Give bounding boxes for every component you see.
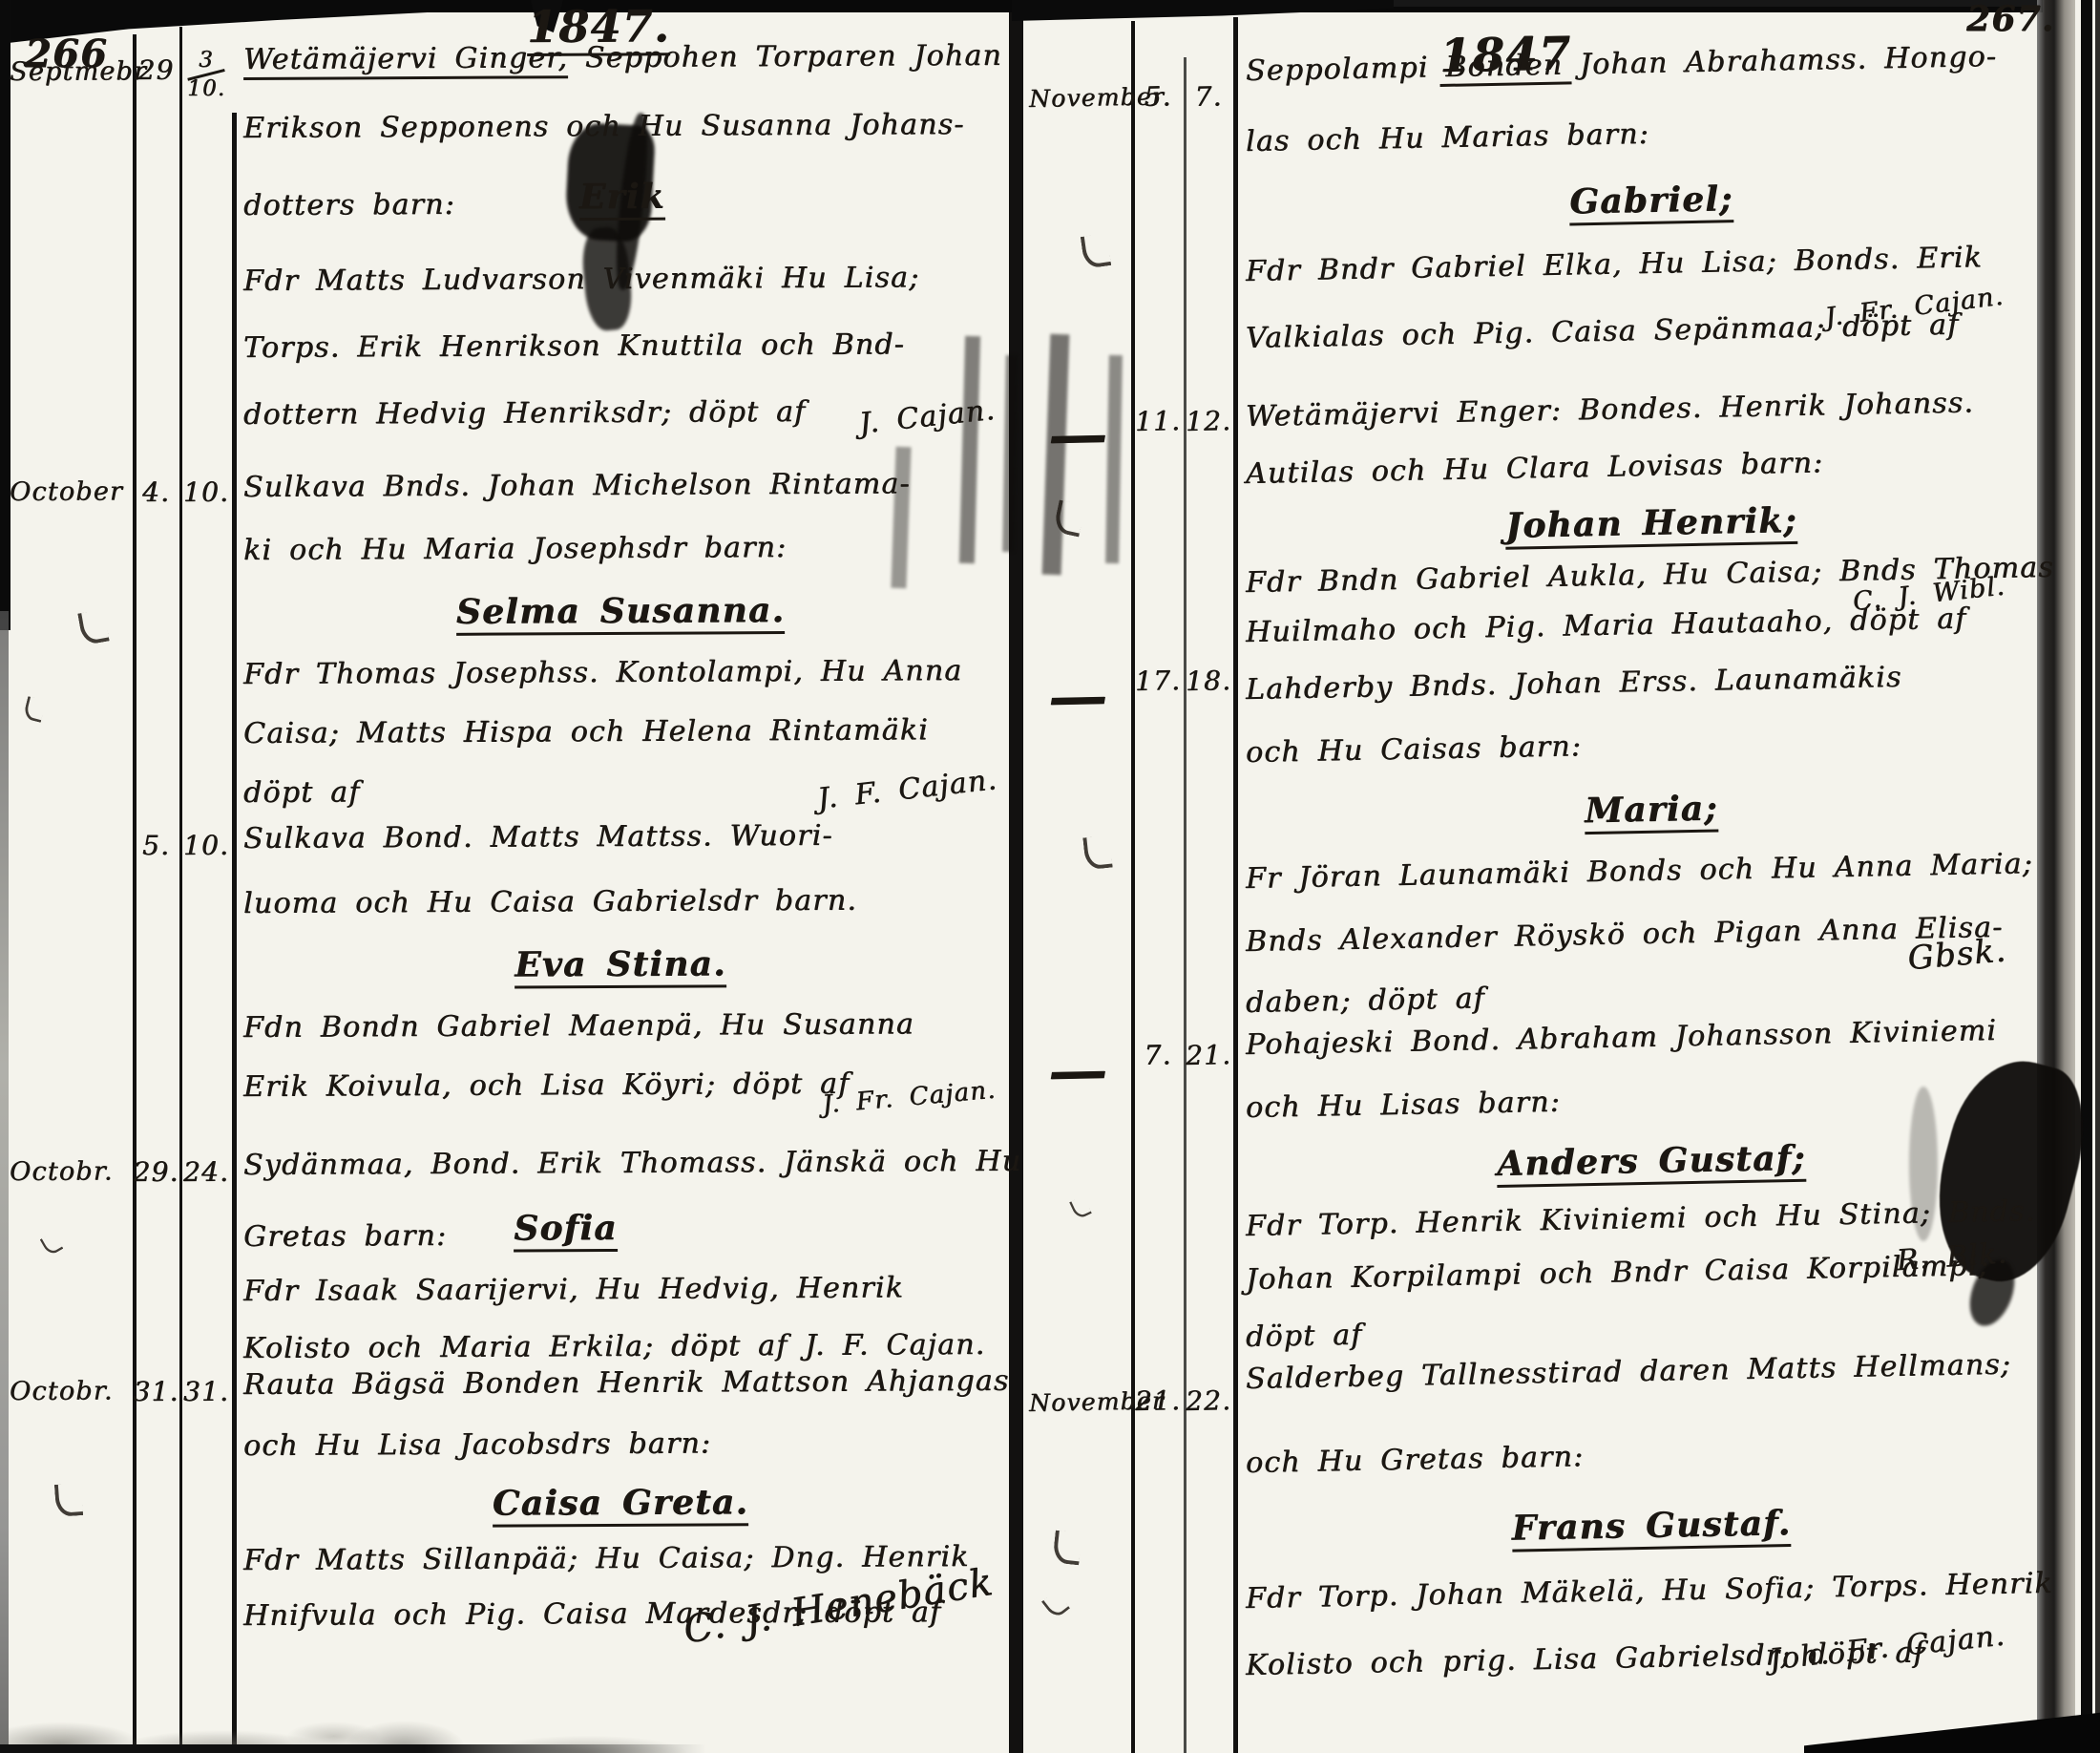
record-line: döpt af J. F. Cajan. (243, 773, 997, 811)
record-line: döpt af (1246, 1320, 1363, 1355)
record-line: Autilas och Hu Clara Lovisas barn: (1246, 447, 1824, 491)
entry-day: 5. (133, 831, 179, 861)
record-line: Seppolampi Bonden Johan Abrahamss. Hongo… (1246, 41, 1998, 89)
scan-edge-right-outer (2095, 0, 2100, 1753)
entry-day2: 18. (1186, 665, 1232, 697)
margin-tick (1041, 1591, 1070, 1620)
entry-day: 11. (1134, 406, 1183, 437)
child-name: Sofia (514, 1209, 618, 1253)
record-line: Fdr Thomas Josephss. Kontolampi, Hu Anna (243, 655, 962, 691)
record-line: och Hu Lisas barn: (1246, 1087, 1562, 1126)
entry-day2: 24. (181, 1157, 231, 1188)
scan-edge-left (0, 0, 10, 630)
column-rule (179, 27, 182, 1753)
entry-day: 31. (133, 1377, 179, 1407)
scan-edge-right-band (2037, 0, 2075, 1753)
record-line: och Hu Gretas barn: (1246, 1441, 1585, 1480)
margin-tick (1082, 835, 1112, 871)
child-name: Selma Susanna. (456, 590, 786, 636)
record-line: Salderbeg Tallnesstirad daren Matts Hell… (1246, 1349, 2012, 1397)
margin-tick (54, 1483, 83, 1517)
record-line: luoma och Hu Caisa Gabrielsdr barn. (243, 885, 857, 921)
record-line: Caisa; Matts Hispa och Helena Rintamäki (243, 714, 929, 750)
margin-tick (1081, 233, 1111, 269)
ditto-mark: — (1048, 1055, 1104, 1086)
child-name: Eva Stina. (514, 943, 726, 988)
scan-edge-top-thin (1394, 0, 2043, 7)
margin-tick (23, 696, 47, 723)
entry-baptism-date-fraction: 310. (187, 42, 226, 100)
entry-day: 5. (1134, 81, 1183, 113)
entry-day: 4. (133, 477, 179, 508)
column-rule (1131, 21, 1135, 1753)
ditto-mark: — (1048, 681, 1104, 711)
record-line: Fdn Bondn Gabriel Maenpä, Hu Susanna (243, 1008, 914, 1045)
record-line: Fdr Isaak Saarijervi, Hu Hedvig, Henrik (243, 1272, 904, 1308)
scan-edge-left-lower (0, 611, 9, 1753)
entry-day: 7. (1134, 1040, 1183, 1071)
record-line: Johan Henrik; (1246, 496, 2058, 552)
child-name: Erik (579, 178, 665, 222)
record-line: Torps. Erik Henrikson Knuttila och Bnd- (243, 328, 905, 365)
record-line: las och Hu Marias barn: (1246, 118, 1650, 159)
record-line: Fdr Torp. Johan Mäkelä, Hu Sofia; Torps.… (1246, 1568, 2053, 1616)
ink-drip (959, 336, 980, 563)
entry-day2: 10. (181, 477, 231, 508)
record-line: Selma Susanna. (243, 590, 997, 634)
record-line: dotters barn: Erik (243, 178, 665, 223)
gutter-line (1009, 0, 1023, 1753)
column-rule (133, 34, 136, 1753)
entry-day: 29 (133, 55, 179, 86)
entry-day: 17. (1134, 665, 1183, 697)
page-number-right: 267. (1966, 0, 2054, 39)
record-line: ki och Hu Maria Josephsdr barn: (243, 532, 787, 567)
column-rule (1233, 17, 1238, 1753)
entry-day2: 12. (1186, 406, 1232, 437)
record-line: Eva Stina. (243, 943, 997, 987)
entry-day2: 22. (1186, 1385, 1232, 1417)
record-line: Wetämäjervi Enger: Bondes. Henrik Johans… (1246, 387, 1975, 433)
record-line: Fr Jöran Launamäki Bonds och Hu Anna Mar… (1246, 848, 2034, 896)
record-line: Rauta Bägsä Bonden Henrik Mattson Ahjang… (243, 1365, 1010, 1403)
record-line: och Hu Caisas barn: (1246, 730, 1583, 770)
scanned-register-spread: 266 1847. Septmebr 29 310. Wetämäjervi G… (0, 0, 2100, 1753)
child-name: Frans Gustaf. (1511, 1503, 1792, 1552)
child-name: Gabriel; (1569, 179, 1733, 225)
entry-day: 21. (1134, 1385, 1183, 1417)
record-line: Fdr Bndr Gabriel Elka, Hu Lisa; Bonds. E… (1246, 242, 1984, 288)
record-line: Wetämäjervi Ginger, Seppohen Torparen Jo… (243, 40, 1002, 77)
record-line: Sulkava Bond. Matts Mattss. Wuori- (243, 820, 833, 856)
entry-month: Septmebr (10, 56, 147, 87)
entry-month: October (10, 476, 123, 507)
record-line: Erikson Sepponens och Hu Susanna Johans- (243, 109, 965, 145)
column-rule (1184, 57, 1186, 1753)
child-name: Caisa Greta. (493, 1482, 749, 1527)
scan-edge-top-right (1012, 0, 1394, 21)
record-line: Gretas barn: Sofia (243, 1209, 618, 1254)
entry-day2: 7. (1186, 81, 1232, 113)
record-line: Fdr Matts Ludvarson Vivenmäki Hu Lisa; (243, 262, 920, 298)
record-line: Sydänmaa, Bond. Erik Thomass. Jänskä och… (243, 1146, 1021, 1183)
record-line: Maria; (1246, 783, 2058, 838)
record-line: och Hu Lisa Jacobsdrs barn: (243, 1427, 711, 1463)
entry-day: 29. (133, 1157, 179, 1188)
record-line: Kolisto och Maria Erkila; döpt af J. F. … (243, 1329, 986, 1366)
margin-tick (40, 1232, 64, 1257)
margin-tick (1052, 1531, 1081, 1566)
record-line: Gabriel; (1246, 174, 2058, 229)
column-rule (232, 113, 237, 1753)
child-name: Johan Henrik; (1505, 500, 1798, 550)
ink-drip (1105, 355, 1123, 563)
priest-signature: J. F. Cajan. (815, 764, 998, 816)
entry-month: Octobr. (10, 1156, 114, 1187)
margin-tick (1069, 1195, 1092, 1220)
record-line: Fdr Matts Sillanpää; Hu Caisa; Dng. Henr… (243, 1541, 970, 1577)
ditto-mark: — (1048, 419, 1104, 450)
margin-tick (77, 609, 109, 645)
entry-day2: 21. (1186, 1040, 1232, 1071)
entry-day2: 10. (181, 831, 231, 861)
record-line: Frans Gustaf. (1246, 1499, 2058, 1554)
scan-edge-bottom-line (0, 1744, 706, 1753)
record-line: Caisa Greta. (243, 1482, 997, 1526)
child-name: Anders Gustaf; (1497, 1138, 1806, 1188)
record-line: Fdr Torp. Henrik Kiviniemi och Hu Stina;… (1246, 1195, 2036, 1243)
entry-day2: 31. (181, 1377, 231, 1407)
scan-edge-right-stripe (2081, 0, 2092, 1753)
entry-month: Octobr. (10, 1376, 114, 1406)
record-line: Sulkava Bnds. Johan Michelson Rintama- (243, 468, 911, 504)
child-name: Maria; (1585, 789, 1718, 835)
